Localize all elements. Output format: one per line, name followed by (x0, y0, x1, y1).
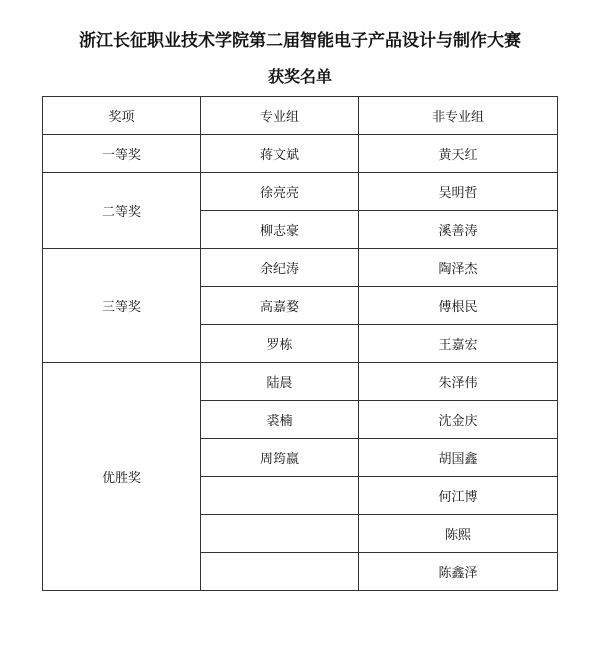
table-header-row: 奖项 专业组 非专业组 (43, 97, 558, 135)
awards-table: 奖项 专业组 非专业组 一等奖 蒋文斌 黄天红 二等奖 徐亮亮 吴明哲 柳志豪 … (42, 96, 558, 591)
professional-cell: 余纪涛 (201, 249, 359, 287)
header-nonprofessional: 非专业组 (359, 97, 558, 135)
nonprofessional-cell: 沈金庆 (359, 401, 558, 439)
nonprofessional-cell: 何江博 (359, 477, 558, 515)
professional-cell: 裘楠 (201, 401, 359, 439)
nonprofessional-cell: 陈熙 (359, 515, 558, 553)
professional-cell: 罗栋 (201, 325, 359, 363)
nonprofessional-cell: 王嘉宏 (359, 325, 558, 363)
nonprofessional-cell: 陈鑫泽 (359, 553, 558, 591)
header-professional: 专业组 (201, 97, 359, 135)
nonprofessional-cell: 黄天红 (359, 135, 558, 173)
nonprofessional-cell: 朱泽伟 (359, 363, 558, 401)
professional-cell: 高嘉婺 (201, 287, 359, 325)
header-award: 奖项 (43, 97, 201, 135)
nonprofessional-cell: 胡国鑫 (359, 439, 558, 477)
table-row: 三等奖 余纪涛 陶泽杰 (43, 249, 558, 287)
nonprofessional-cell: 吴明哲 (359, 173, 558, 211)
professional-cell: 陆晨 (201, 363, 359, 401)
nonprofessional-cell: 陶泽杰 (359, 249, 558, 287)
document-title: 浙江长征职业技术学院第二届智能电子产品设计与制作大赛 (0, 26, 600, 51)
nonprofessional-cell: 溪善涛 (359, 211, 558, 249)
award-cell: 二等奖 (43, 173, 201, 249)
award-cell: 一等奖 (43, 135, 201, 173)
professional-cell: 周筠嬴 (201, 439, 359, 477)
document-subtitle: 获奖名单 (0, 64, 600, 87)
table-row: 二等奖 徐亮亮 吴明哲 (43, 173, 558, 211)
table-row: 一等奖 蒋文斌 黄天红 (43, 135, 558, 173)
nonprofessional-cell: 傅根民 (359, 287, 558, 325)
professional-cell: 徐亮亮 (201, 173, 359, 211)
award-cell: 优胜奖 (43, 363, 201, 591)
professional-cell (201, 515, 359, 553)
professional-cell (201, 553, 359, 591)
professional-cell: 柳志豪 (201, 211, 359, 249)
professional-cell: 蒋文斌 (201, 135, 359, 173)
professional-cell (201, 477, 359, 515)
award-cell: 三等奖 (43, 249, 201, 363)
table-row: 优胜奖 陆晨 朱泽伟 (43, 363, 558, 401)
